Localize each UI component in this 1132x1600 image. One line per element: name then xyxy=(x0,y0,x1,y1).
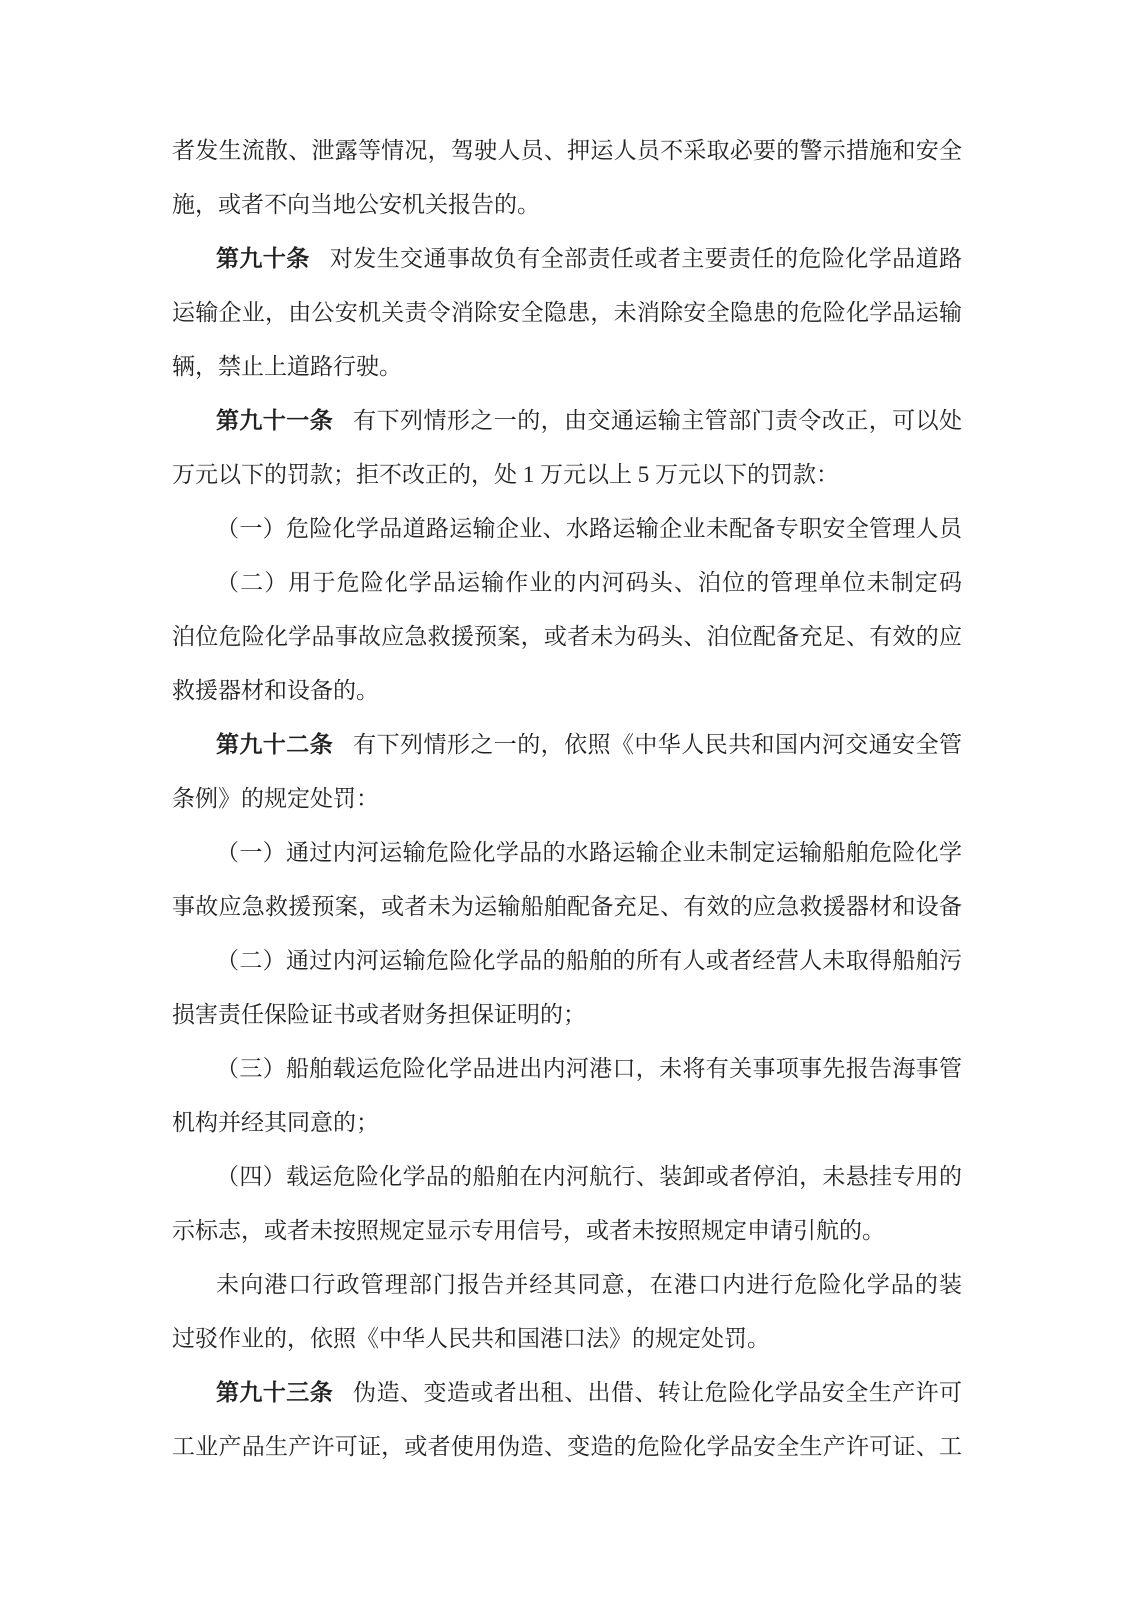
text-line-18: （三）船舶载运危险化学品进出内河港口，未将有关事项事先报告海事管理 xyxy=(172,1042,962,1096)
line-text: 工业产品生产许可证，或者使用伪造、变造的危险化学品安全生产许可证、工业 xyxy=(172,1434,962,1474)
line-text: 事故应急救援预案，或者未为运输船舶配备充足、有效的应急救援器材和设备的； xyxy=(172,894,962,934)
line-text: （二）用于危险化学品运输作业的内河码头、泊位的管理单位未制定码头、 xyxy=(216,570,962,610)
text-line-16: （二）通过内河运输危险化学品的船舶的所有人或者经营人未取得船舶污染 xyxy=(172,934,962,988)
line-text: 条例》的规定处罚： xyxy=(172,786,379,811)
line-text: 未向港口行政管理部门报告并经其同意，在港口内进行危险化学品的装卸、 xyxy=(216,1272,962,1312)
article-number: 第九十二条 xyxy=(216,732,333,757)
line-text: 示标志，或者未按照规定显示专用信号，或者未按照规定申请引航的。 xyxy=(172,1218,885,1243)
text-line-7: 万元以下的罚款；拒不改正的，处 1 万元以上 5 万元以下的罚款： xyxy=(172,448,962,502)
article-number: 第九十一条 xyxy=(216,408,333,433)
text-line-6: 第九十一条有下列情形之一的，由交通运输主管部门责令改正，可以处 1 xyxy=(172,394,962,448)
text-line-8: （一）危险化学品道路运输企业、水路运输企业未配备专职安全管理人员的； xyxy=(172,502,962,556)
text-line-24: 第九十三条伪造、变造或者出租、出借、转让危险化学品安全生产许可证、 xyxy=(172,1366,962,1420)
text-line-5: 辆，禁止上道路行驶。 xyxy=(172,340,962,394)
line-text: （三）船舶载运危险化学品进出内河港口，未将有关事项事先报告海事管理 xyxy=(216,1056,962,1096)
text-line-2: 施，或者不向当地公安机关报告的。 xyxy=(172,178,962,232)
line-text: （一）通过内河运输危险化学品的水路运输企业未制定运输船舶危险化学品 xyxy=(216,840,962,880)
line-text: 者发生流散、泄露等情况，驾驶人员、押运人员不采取必要的警示措施和安全措 xyxy=(172,138,962,178)
line-text: 过驳作业的，依照《中华人民共和国港口法》的规定处罚。 xyxy=(172,1326,770,1351)
line-text: 泊位危险化学品事故应急救援预案，或者未为码头、泊位配备充足、有效的应急 xyxy=(172,624,962,664)
line-text: 救援器材和设备的。 xyxy=(172,678,379,703)
line-text: 万元以下的罚款；拒不改正的，处 1 万元以上 5 万元以下的罚款： xyxy=(172,462,839,487)
line-text: （四）载运危险化学品的船舶在内河航行、装卸或者停泊，未悬挂专用的警 xyxy=(216,1164,962,1204)
article-number: 第九十条 xyxy=(216,246,310,271)
text-line-9: （二）用于危险化学品运输作业的内河码头、泊位的管理单位未制定码头、 xyxy=(172,556,962,610)
line-text: 施，或者不向当地公安机关报告的。 xyxy=(172,192,540,217)
line-text: 辆，禁止上道路行驶。 xyxy=(172,354,402,379)
article-number: 第九十三条 xyxy=(216,1380,333,1405)
text-line-21: 示标志，或者未按照规定显示专用信号，或者未按照规定申请引航的。 xyxy=(172,1204,962,1258)
text-line-23: 过驳作业的，依照《中华人民共和国港口法》的规定处罚。 xyxy=(172,1312,962,1366)
document-text-block: 者发生流散、泄露等情况，驾驶人员、押运人员不采取必要的警示措施和安全措施，或者不… xyxy=(172,124,962,1474)
document-page: 者发生流散、泄露等情况，驾驶人员、押运人员不采取必要的警示措施和安全措施，或者不… xyxy=(0,0,1132,1600)
text-line-11: 救援器材和设备的。 xyxy=(172,664,962,718)
text-line-4: 运输企业，由公安机关责令消除安全隐患，未消除安全隐患的危险化学品运输车 xyxy=(172,286,962,340)
line-text: 机构并经其同意的； xyxy=(172,1110,379,1135)
text-line-10: 泊位危险化学品事故应急救援预案，或者未为码头、泊位配备充足、有效的应急 xyxy=(172,610,962,664)
line-text: （一）危险化学品道路运输企业、水路运输企业未配备专职安全管理人员的； xyxy=(216,516,962,556)
text-line-1: 者发生流散、泄露等情况，驾驶人员、押运人员不采取必要的警示措施和安全措 xyxy=(172,124,962,178)
line-text: （二）通过内河运输危险化学品的船舶的所有人或者经营人未取得船舶污染 xyxy=(216,948,962,988)
text-line-14: （一）通过内河运输危险化学品的水路运输企业未制定运输船舶危险化学品 xyxy=(172,826,962,880)
text-line-19: 机构并经其同意的； xyxy=(172,1096,962,1150)
line-text: 对发生交通事故负有全部责任或者主要责任的危险化学品道路 xyxy=(330,246,962,271)
text-line-20: （四）载运危险化学品的船舶在内河航行、装卸或者停泊，未悬挂专用的警 xyxy=(172,1150,962,1204)
text-line-22: 未向港口行政管理部门报告并经其同意，在港口内进行危险化学品的装卸、 xyxy=(172,1258,962,1312)
text-line-15: 事故应急救援预案，或者未为运输船舶配备充足、有效的应急救援器材和设备的； xyxy=(172,880,962,934)
text-line-25: 工业产品生产许可证，或者使用伪造、变造的危险化学品安全生产许可证、工业 xyxy=(172,1420,962,1474)
text-line-13: 条例》的规定处罚： xyxy=(172,772,962,826)
text-line-17: 损害责任保险证书或者财务担保证明的； xyxy=(172,988,962,1042)
text-line-3: 第九十条对发生交通事故负有全部责任或者主要责任的危险化学品道路 xyxy=(172,232,962,286)
line-text: 损害责任保险证书或者财务担保证明的； xyxy=(172,1002,586,1027)
text-line-12: 第九十二条有下列情形之一的，依照《中华人民共和国内河交通安全管理 xyxy=(172,718,962,772)
line-text: 运输企业，由公安机关责令消除安全隐患，未消除安全隐患的危险化学品运输车 xyxy=(172,300,962,340)
